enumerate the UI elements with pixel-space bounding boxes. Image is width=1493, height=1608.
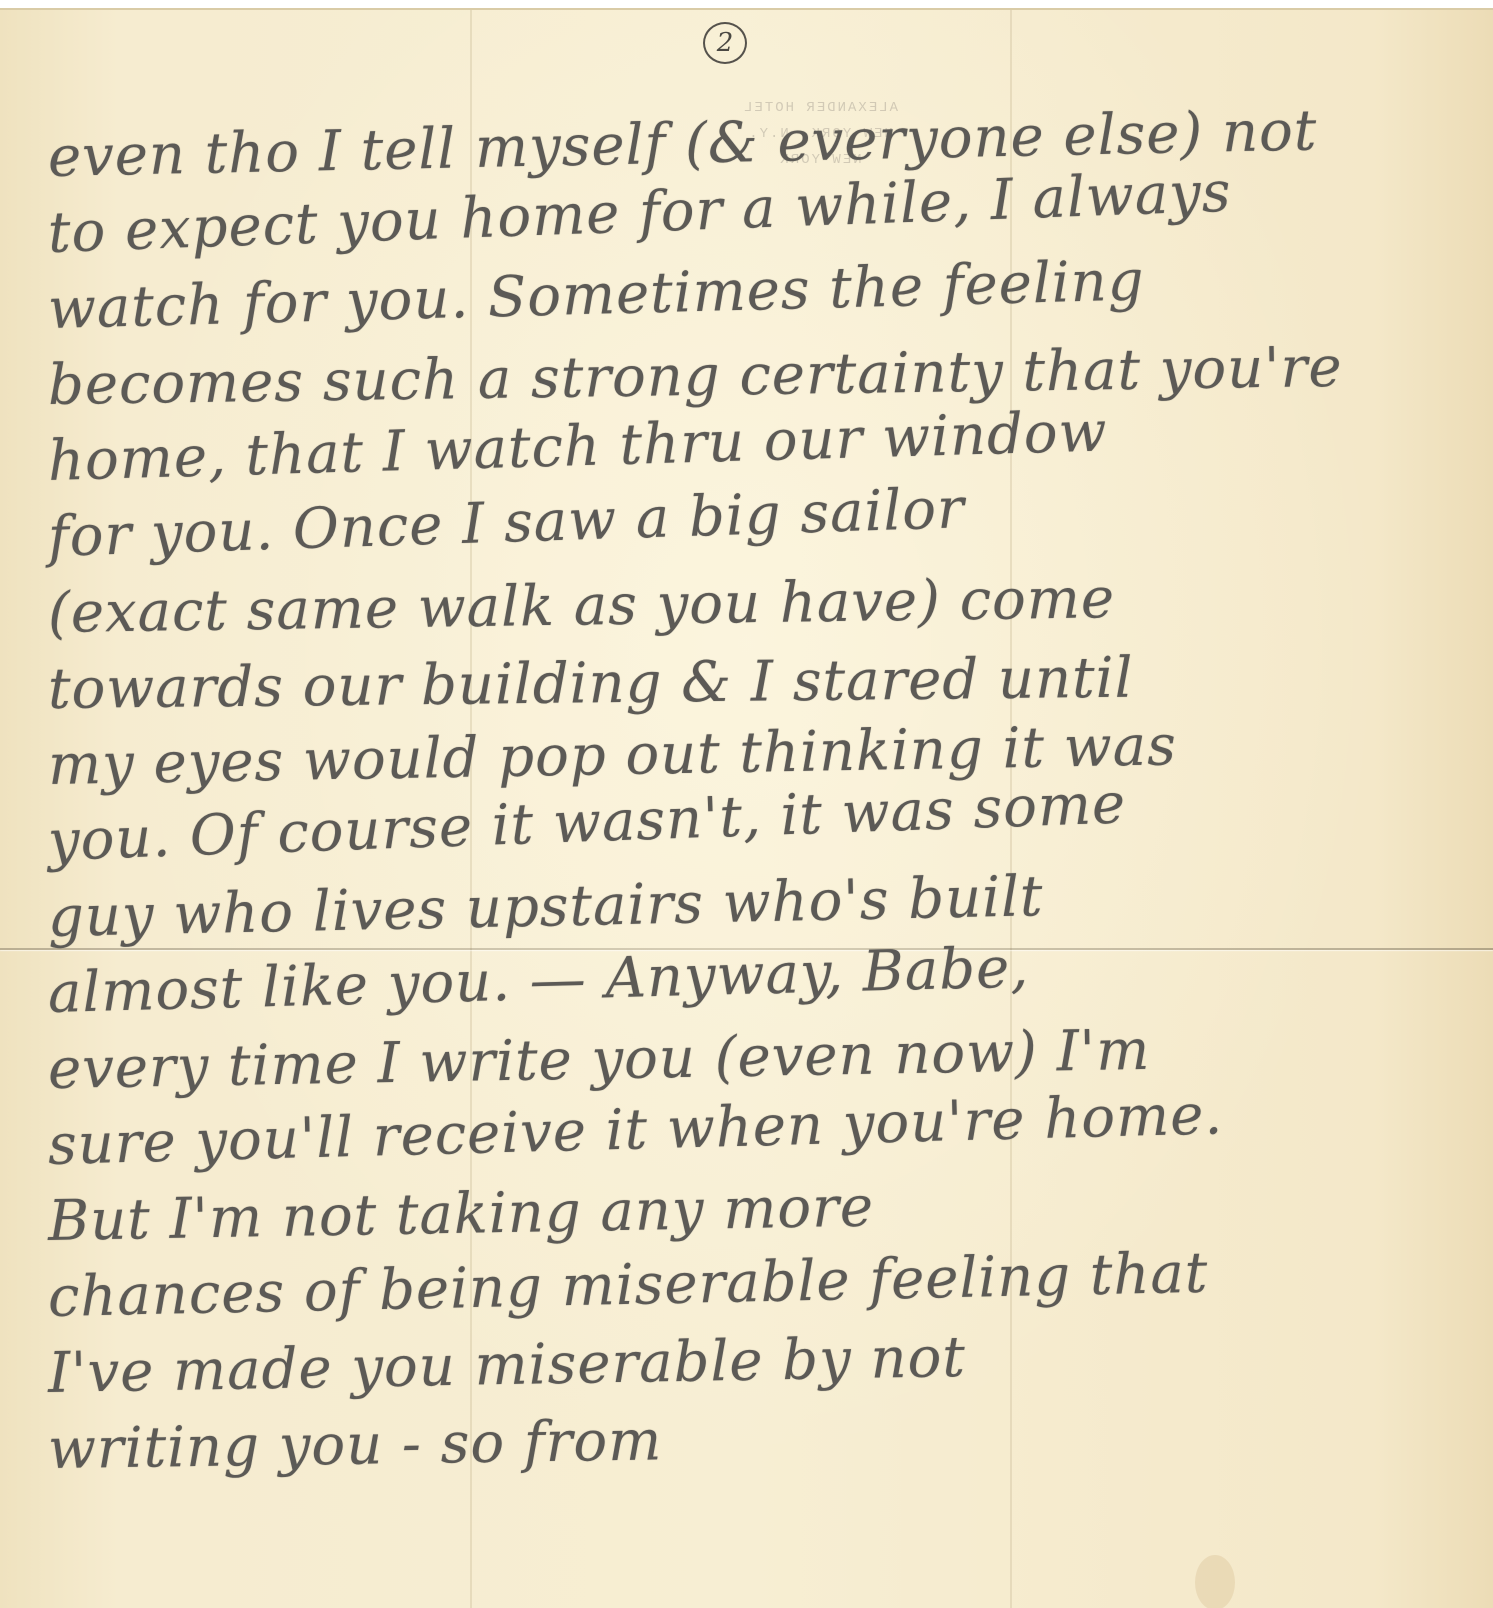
page-number: 2: [703, 22, 747, 64]
text-line: (exact same walk as you have) come: [47, 556, 1468, 652]
paper-stain: [1195, 1555, 1235, 1608]
handwritten-text: even tho I tell myself (& everyone else)…: [48, 120, 1468, 1488]
letter-page: ALEXANDER HOTEL NEW YORK, N.Y. NEW YORK …: [0, 0, 1493, 1608]
paper-top-edge: [0, 0, 1493, 10]
